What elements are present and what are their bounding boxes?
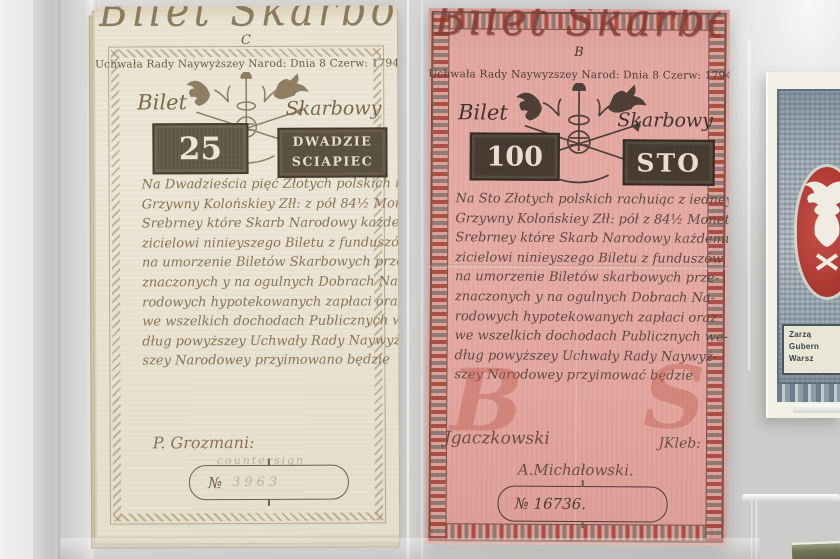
eagle-icon <box>188 81 209 105</box>
coat-of-arms-emblem <box>504 83 655 192</box>
text-line: rodowych hypotekowanych zapłaci oraz <box>455 307 712 328</box>
text-line: dług powyższey Uchwały Rady Naywyż <box>142 331 384 352</box>
display-case-edge-left <box>33 0 97 559</box>
acrylic-edge-reflection <box>406 0 410 559</box>
text-line: zicielowi ninieyszego Biletu z funduszów <box>455 248 712 269</box>
denomination-numeral: 25 <box>179 131 222 167</box>
text-line: Srebrney które Skarb Narodowy każdemu Uk… <box>455 228 712 249</box>
text-line: Grzywny Kolońskiey Złł: z pół 84½ Monety <box>142 194 384 215</box>
serial-digits: 3963 <box>232 475 281 490</box>
title-bilet: Bilet <box>458 100 508 124</box>
title-bilet: Bilet <box>137 90 187 114</box>
acrylic-edge-reflection <box>420 0 424 559</box>
decree-header: Uchwała Rady Naywyższey Narod: Dnia 8 Cz… <box>95 57 397 70</box>
plaque-line: Zarzą <box>789 329 840 341</box>
serial-number-box: № 16736. <box>498 486 668 523</box>
denomination-numeral: 100 <box>486 141 543 172</box>
horseman-icon <box>609 86 645 112</box>
plaque-line: Warsz <box>789 353 840 365</box>
wall-left <box>0 0 33 559</box>
red-shield-white-eagle <box>794 164 840 300</box>
denomination-word-box: DWADZIE SCIAPIEC <box>277 127 387 177</box>
serial-number: № 16736. <box>515 495 587 513</box>
serial-number-box: № 3963 <box>189 465 349 501</box>
signature-right: JKleb: <box>658 435 701 451</box>
white-eagle-icon <box>805 181 840 269</box>
case-bottom-reflection <box>60 538 760 559</box>
eagle-icon <box>518 93 541 119</box>
green-banknote-corner <box>792 541 840 559</box>
coat-of-arms-emblem <box>176 72 316 173</box>
horseman-icon <box>274 75 307 99</box>
horizontal-fold-crease <box>427 264 728 271</box>
banknote-25-zlotych: Bilet Skarbowy C Uchwała Rady Naywyższey… <box>95 5 399 536</box>
ornamental-frame <box>428 11 726 543</box>
partial-banknote-in-case: Zarzą Gubern Warsz <box>766 72 840 418</box>
top-calligraphy: Bilet Skarbowy <box>434 8 720 55</box>
title-skarbowy: Skarbowy <box>617 109 713 132</box>
ornamental-frame <box>108 45 386 524</box>
zigzag-border-left <box>111 50 121 522</box>
vertical-fold-crease <box>573 309 578 525</box>
decree-header: Uchwała Rady Naywyzszey Narod: Dnia 8 Cz… <box>428 68 729 82</box>
text-line: dług powyższey Uchwały Rady Naywyż- <box>454 346 711 367</box>
triangle-border-top <box>433 12 726 31</box>
top-calligraphy: Bilet Skarbowy <box>99 5 393 44</box>
text-line: Na Dwadzieścia pięć Złotych polskich rac… <box>142 174 384 195</box>
engraved-bottom-band <box>777 382 840 402</box>
obligation-text: Na Dwadzieścia pięć Złotych polskich rac… <box>142 174 385 371</box>
zigzag-border-top <box>111 48 381 57</box>
text-line: we wszelkich dochodach Publicznych we <box>142 312 384 333</box>
denomination-word-box: STO <box>623 139 715 186</box>
series-letter: B <box>428 44 729 61</box>
obligation-text: Na Sto Złotych polskich rachuiąc z iedne… <box>454 189 712 387</box>
text-line: znaczonych y na ogulnych Dobrach Na <box>142 272 384 293</box>
denomination-word: STO <box>636 148 701 177</box>
banknote-100-paper: Bilet Skarbowy B Uchwała Rady Naywyzszey… <box>425 8 729 546</box>
zigzag-border-bottom <box>113 512 383 521</box>
text-line: szey Narodowey przyimowano będzie <box>142 351 384 372</box>
issuer-plaque: Zarzą Gubern Warsz <box>782 324 840 375</box>
title-skarbowy: Skarbowy <box>286 97 382 119</box>
denomination-word-line: SCIAPIEC <box>279 151 385 171</box>
text-line: znaczonych y na ogulnych Dobrach Na- <box>455 287 712 308</box>
plaque-line: Gubern <box>789 341 840 353</box>
acrylic-case-bottom-edge <box>793 404 840 413</box>
serial-prefix: № <box>208 474 222 492</box>
triangle-border-right <box>705 14 725 542</box>
text-line: Na Sto Złotych polskich rachuiąc z iedne… <box>455 189 712 210</box>
denomination-numeral-box: 25 <box>152 123 248 174</box>
denomination-word-line: DWADZIE <box>279 131 385 151</box>
watermark-letter-s: S <box>643 347 706 448</box>
acrylic-edge-reflection <box>747 40 751 370</box>
triangle-border-left <box>429 12 449 540</box>
text-line: na umorzenie Biletów Skarbowych prze <box>142 253 384 274</box>
signature: P. Grozmani: <box>153 433 255 452</box>
signature-left: Jgaczkowski <box>444 428 550 449</box>
text-line: szey Narodowey przyimować będzie <box>454 366 711 387</box>
display-case-seam <box>58 0 61 559</box>
text-line: na umorzenie Biletów skarbowych prze- <box>455 268 712 289</box>
series-letter: C <box>95 32 397 48</box>
text-line: Grzywny Kolońskiey Złł: pół z 84½ Monety <box>455 209 712 230</box>
signature-faint: countersign <box>217 454 305 467</box>
banknote-100-zlotych: Bilet Skarbowy B Uchwała Rady Naywyzszey… <box>425 8 729 546</box>
signature-center: A.Michałowski. <box>518 461 634 480</box>
denomination-numeral-box: 100 <box>470 132 560 181</box>
text-line: we wszelkich dochodach Publicznych we- <box>455 326 712 347</box>
watermark-letter-b: B <box>450 350 523 451</box>
zigzag-border-right <box>373 48 383 520</box>
text-line: rodowych hypotekowanych zapłaci oraz <box>142 292 384 313</box>
text-line: zicielowi ninieyszego Biletu z funduszów <box>142 233 384 254</box>
text-line: Srebrney które Skarb Narodowy każdemu Uk… <box>142 214 384 235</box>
banknote-25-paper: Bilet Skarbowy C Uchwała Rady Naywyższey… <box>95 5 399 536</box>
